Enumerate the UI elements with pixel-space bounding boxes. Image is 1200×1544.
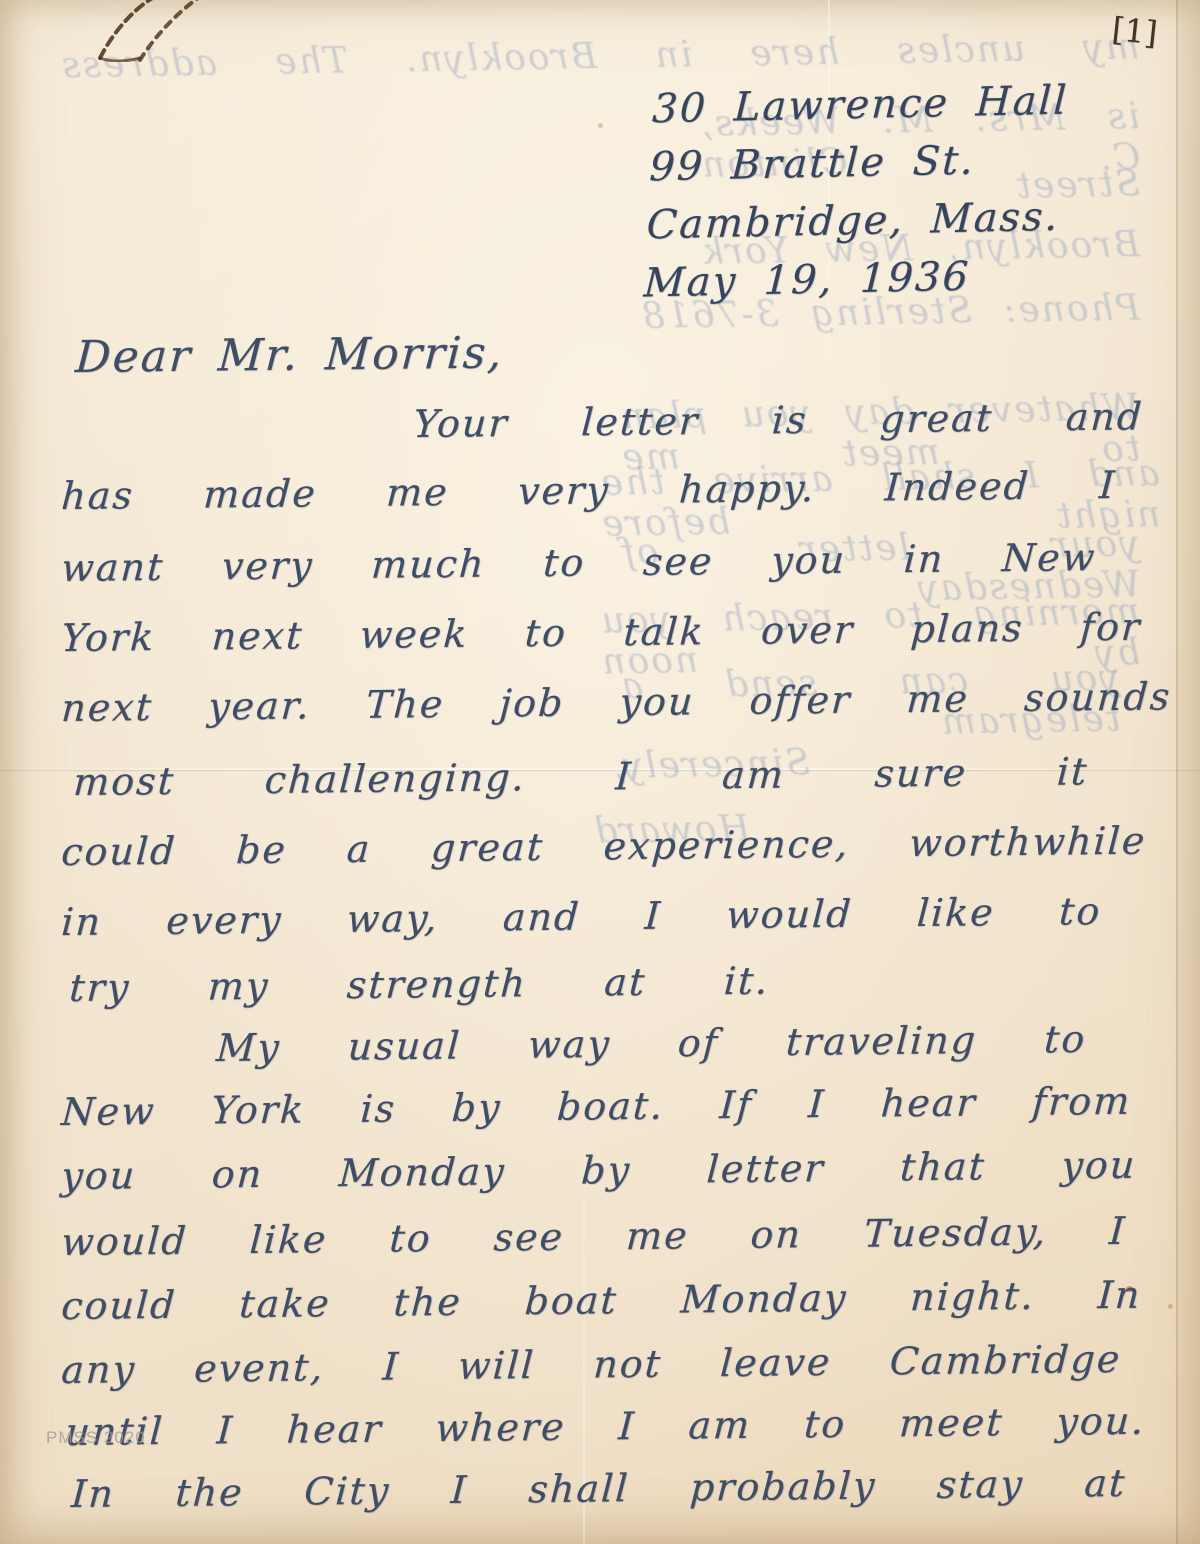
letter-line: most challenging. I am sure it (72, 749, 1090, 805)
paper-speck (598, 123, 603, 128)
heading-address-line: 30 Lawrence Hall (651, 72, 1070, 139)
letter-line: in every way, and I would like to (60, 889, 1103, 946)
letter-line: would like to see me on Tuesday, I (60, 1209, 1128, 1266)
salutation: Dear Mr. Morris, (74, 327, 505, 383)
heading-address-line: 99 Brattle St. (648, 130, 1067, 197)
page-number-annotation: [1] (1110, 10, 1159, 53)
heading-address-line: Cambridge, Mass. (645, 188, 1064, 255)
letter-line: Your letter is great and (412, 394, 1145, 447)
letter-line: New York is by boat. If I hear from (60, 1079, 1133, 1136)
letter-line: try my strength at it. (68, 959, 771, 1012)
letter-line: until I hear where I am to meet you. (64, 1399, 1147, 1456)
rust-speck (1168, 1304, 1173, 1309)
letter-line: York next week to talk over plans for (60, 605, 1143, 662)
letter-line: want very much to see you in New (60, 535, 1098, 591)
letter-line: any event, I will not leave Cambridge (60, 1337, 1123, 1394)
heading-date-line: May 19, 1936 (642, 246, 1061, 313)
letter-line: My usual way of traveling to (215, 1017, 1088, 1072)
letter-line: could be a great experience, worthwhile (60, 819, 1148, 876)
page-right-edge-strip (1178, 0, 1200, 1544)
letter-line: next year. The job you offer me sounds (60, 674, 1173, 731)
pen-stroke-mark (86, 0, 236, 62)
letter-line: you on Monday by letter that you (60, 1143, 1138, 1200)
letter-line: In the City I shall probably stay at (70, 1461, 1128, 1518)
letter-heading: 30 Lawrence Hall 99 Brattle St. Cambridg… (642, 72, 1069, 313)
archive-watermark: PMSS 2020 (46, 1428, 146, 1448)
letter-line: could take the boat Monday night. In (60, 1273, 1143, 1330)
letter-line: has made me very happy. Indeed I (60, 463, 1118, 520)
page-right-edge-line (1176, 0, 1178, 1544)
letter-page: my uncles here in Brooklyn. The address … (0, 0, 1200, 1544)
